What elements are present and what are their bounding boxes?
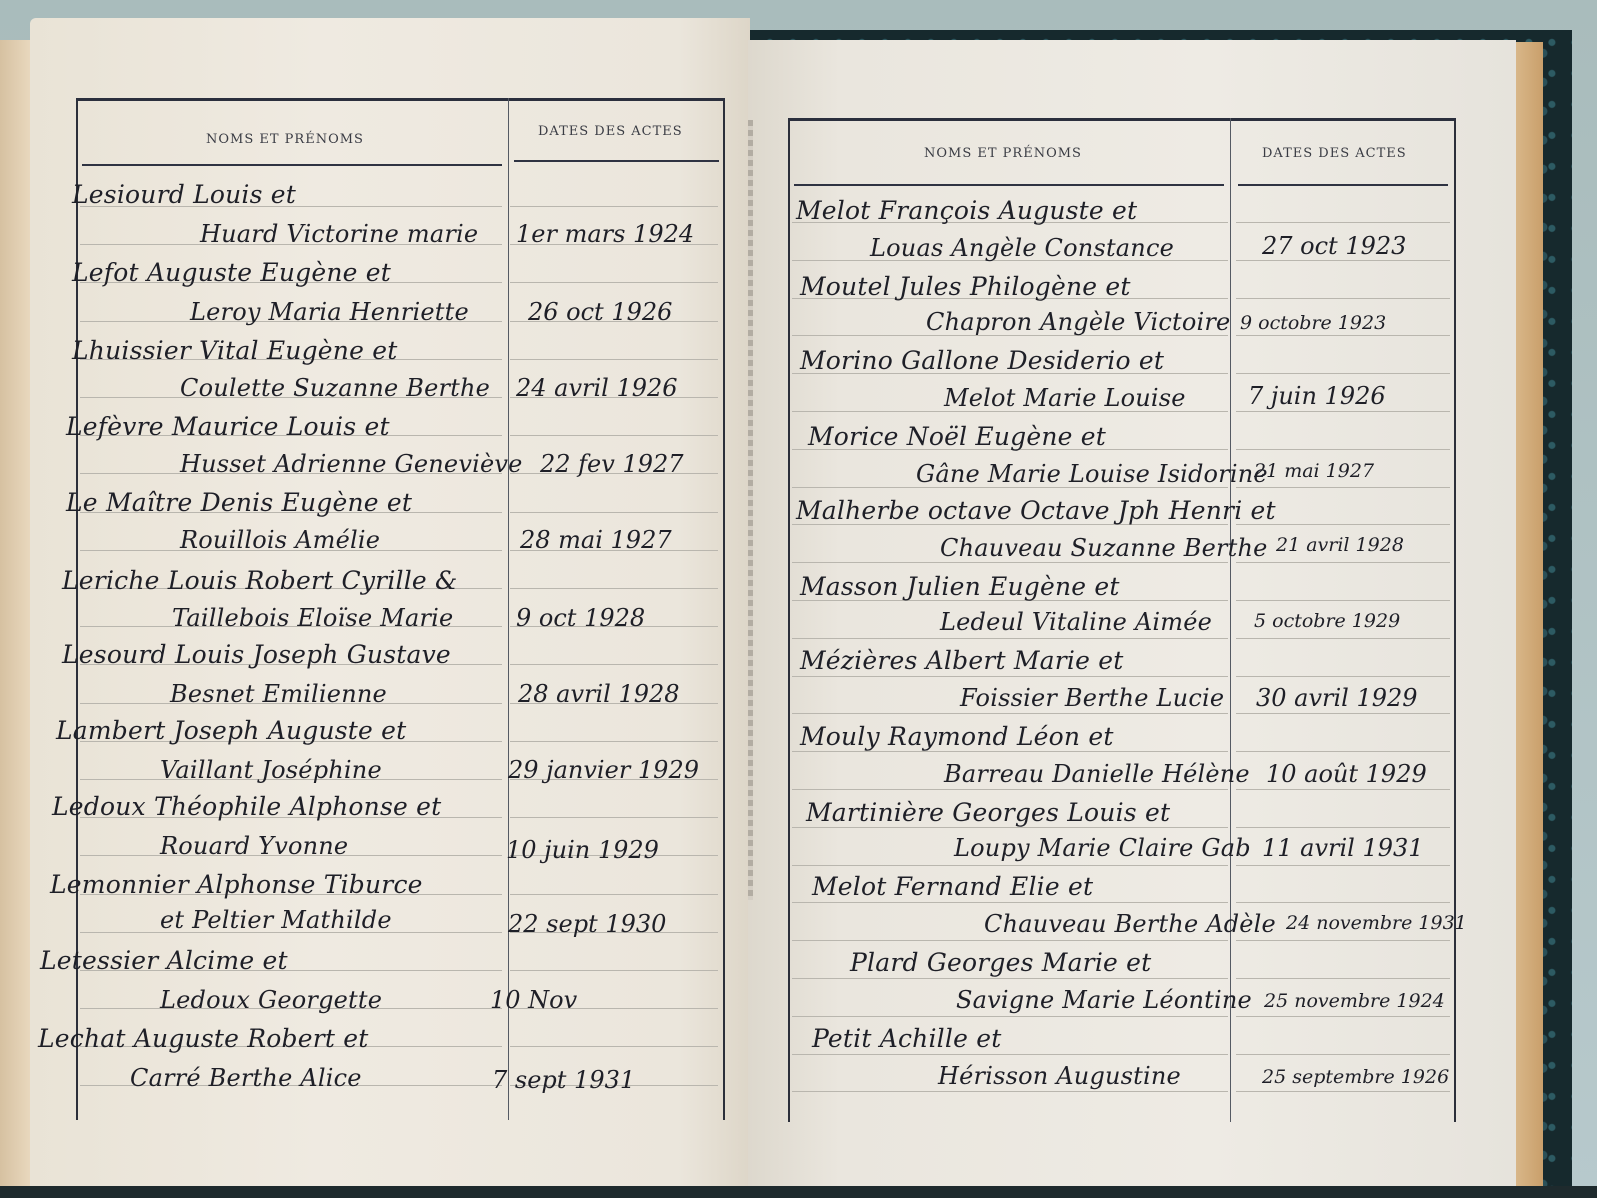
table-top-border [76, 98, 725, 101]
ruled-line [1236, 487, 1450, 488]
ruled-line [792, 1091, 1228, 1092]
ruled-line [510, 664, 718, 665]
entry-date: 30 avril 1929 [1256, 684, 1418, 712]
ruled-line [792, 865, 1228, 866]
entry-bride: Barreau Danielle Hélène [944, 760, 1250, 788]
ruled-line [792, 676, 1228, 677]
entry-groom: Le Maître Denis Eugène et [66, 488, 412, 517]
entry-groom: Lesourd Louis Joseph Gustave [62, 640, 451, 669]
entry-date: 10 juin 1929 [506, 836, 659, 864]
ruled-line [1236, 562, 1450, 563]
entry-date: 9 oct 1928 [516, 604, 645, 632]
entry-date: 10 Nov [490, 986, 577, 1014]
entry-groom: Lambert Joseph Auguste et [56, 716, 406, 745]
entry-date: 29 janvier 1929 [508, 756, 699, 784]
ruled-line [1236, 411, 1450, 412]
ruled-line [510, 817, 718, 818]
binding-stitch [748, 120, 753, 900]
ruled-line [1236, 1054, 1450, 1055]
entry-date: 26 oct 1926 [528, 298, 672, 326]
entry-date: 9 octobre 1923 [1240, 312, 1386, 334]
ruled-line [1236, 940, 1450, 941]
entry-bride: Chauveau Suzanne Berthe [940, 534, 1268, 562]
entry-bride: Leroy Maria Henriette [190, 298, 469, 326]
entry-bride: Hérisson Augustine [938, 1062, 1181, 1090]
entry-bride: Huard Victorine marie [200, 220, 478, 248]
entry-groom: Moutel Jules Philogène et [800, 272, 1131, 301]
entry-groom: Lechat Auguste Robert et [38, 1024, 369, 1053]
ruled-line [792, 713, 1228, 714]
ruled-line [792, 638, 1228, 639]
ruled-line [1236, 978, 1450, 979]
ruled-line [510, 435, 718, 436]
entry-bride: Rouillois Amélie [180, 526, 380, 554]
ruled-line [1236, 222, 1450, 223]
ruled-line [1236, 902, 1450, 903]
ruled-line [1236, 1016, 1450, 1017]
ruled-line [1236, 600, 1450, 601]
entry-date: 1er mars 1924 [516, 220, 694, 248]
entry-groom: Lefot Auguste Eugène et [72, 258, 391, 287]
entry-date: 28 mai 1927 [520, 526, 672, 554]
entry-bride: Coulette Suzanne Berthe [180, 374, 490, 402]
entry-date: 21 mai 1927 [1254, 460, 1374, 482]
entry-date: 5 octobre 1929 [1254, 610, 1400, 632]
names-column-header: NOMS ET PRÉNOMS [924, 146, 1082, 161]
entry-groom: Morice Noël Eugène et [808, 422, 1106, 451]
entry-bride: Gâne Marie Louise Isidorine [916, 460, 1268, 488]
entry-bride: Chapron Angèle Victoire [926, 308, 1230, 336]
entry-groom: Lhuissier Vital Eugène et [72, 336, 397, 365]
entry-date: 24 novembre 1931 [1286, 912, 1467, 934]
dates-column-header: DATES DES ACTES [1262, 146, 1407, 161]
entry-date: 22 sept 1930 [508, 910, 666, 938]
entry-groom: Letessier Alcime et [40, 946, 288, 975]
ruled-line [510, 1046, 718, 1047]
entry-date: 25 septembre 1926 [1262, 1066, 1449, 1088]
entry-date: 22 fev 1927 [540, 450, 684, 478]
ruled-line [1236, 298, 1450, 299]
entry-bride: Ledoux Georgette [160, 986, 382, 1014]
entry-groom: Mouly Raymond Léon et [800, 722, 1114, 751]
ruled-line [792, 1016, 1228, 1017]
entry-bride: Loupy Marie Claire Gab [954, 834, 1251, 862]
ruled-line [510, 894, 718, 895]
entry-date: 7 sept 1931 [492, 1066, 635, 1094]
ruled-line [1236, 676, 1450, 677]
ruled-line [1236, 335, 1450, 336]
ruled-line [1236, 789, 1450, 790]
ruled-line [792, 789, 1228, 790]
ruled-line [510, 206, 718, 207]
ruled-line [792, 562, 1228, 563]
ruled-line [510, 741, 718, 742]
entry-groom: Lefèvre Maurice Louis et [66, 412, 390, 441]
table-top-border [788, 118, 1456, 121]
entry-groom: Plard Georges Marie et [850, 948, 1151, 977]
ruled-line [510, 282, 718, 283]
header-rule [794, 184, 1224, 186]
entry-date: 24 avril 1926 [516, 374, 678, 402]
entry-bride: Vaillant Joséphine [160, 756, 382, 784]
ruled-line [792, 1054, 1228, 1055]
entry-date: 10 août 1929 [1266, 760, 1427, 788]
entry-groom: Morino Gallone Desiderio et [800, 346, 1164, 375]
ruled-line [510, 588, 718, 589]
entry-bride: Melot Marie Louise [944, 384, 1186, 412]
entry-date: 7 juin 1926 [1248, 382, 1386, 410]
entry-date: 25 novembre 1924 [1264, 990, 1445, 1012]
entry-bride: Husset Adrienne Geneviève [180, 450, 523, 478]
entry-date: 28 avril 1928 [518, 680, 680, 708]
ruled-line [1236, 827, 1450, 828]
ruled-line [1236, 713, 1450, 714]
dates-column-header: DATES DES ACTES [538, 124, 683, 139]
entry-bride: Taillebois Eloïse Marie [172, 604, 453, 632]
column-divider [1230, 118, 1231, 1122]
entry-bride: Chauveau Berthe Adèle [984, 910, 1276, 938]
ruled-line [510, 512, 718, 513]
ruled-line [1236, 638, 1450, 639]
entry-bride: Louas Angèle Constance [870, 234, 1174, 262]
column-divider [508, 98, 509, 1120]
entry-bride: Savigne Marie Léontine [956, 986, 1252, 1014]
entry-groom: Lemonnier Alphonse Tiburce [50, 870, 423, 899]
entry-groom: Martinière Georges Louis et [806, 798, 1170, 827]
ruled-line [1236, 373, 1450, 374]
entry-bride: Besnet Emilienne [170, 680, 387, 708]
names-column-header: NOMS ET PRÉNOMS [206, 132, 364, 147]
ruled-line [792, 978, 1228, 979]
ruled-line [1236, 1091, 1450, 1092]
entry-groom: Masson Julien Eugène et [800, 572, 1120, 601]
ruled-line [510, 359, 718, 360]
entry-groom: Lesiourd Louis et [72, 180, 296, 209]
entry-bride: et Peltier Mathilde [160, 906, 392, 934]
entry-groom: Malherbe octave Octave Jph Henri et [796, 496, 1276, 525]
entry-groom: Melot François Auguste et [796, 196, 1137, 225]
header-rule [82, 164, 502, 166]
entry-bride: Rouard Yvonne [160, 832, 348, 860]
entry-date: 27 oct 1923 [1262, 232, 1406, 260]
ruled-line [510, 970, 718, 971]
ruled-line [792, 751, 1228, 752]
ruled-line [1236, 865, 1450, 866]
entry-date: 11 avril 1931 [1262, 834, 1424, 862]
ruled-line [792, 940, 1228, 941]
entry-groom: Petit Achille et [812, 1024, 1001, 1053]
ruled-line [1236, 751, 1450, 752]
entry-groom: Ledoux Théophile Alphonse et [52, 792, 441, 821]
book-bottom-edge [0, 1186, 1597, 1198]
header-rule [514, 160, 719, 162]
header-rule [1238, 184, 1448, 186]
entry-date: 21 avril 1928 [1276, 534, 1404, 556]
entry-groom: Melot Fernand Elie et [812, 872, 1093, 901]
ruled-line [792, 902, 1228, 903]
entry-bride: Ledeul Vitaline Aimée [940, 608, 1212, 636]
entry-bride: Carré Berthe Alice [130, 1064, 362, 1092]
entry-groom: Leriche Louis Robert Cyrille & [62, 566, 458, 595]
entry-bride: Foissier Berthe Lucie [960, 684, 1224, 712]
entry-groom: Mézières Albert Marie et [800, 646, 1124, 675]
ruled-line [1236, 449, 1450, 450]
